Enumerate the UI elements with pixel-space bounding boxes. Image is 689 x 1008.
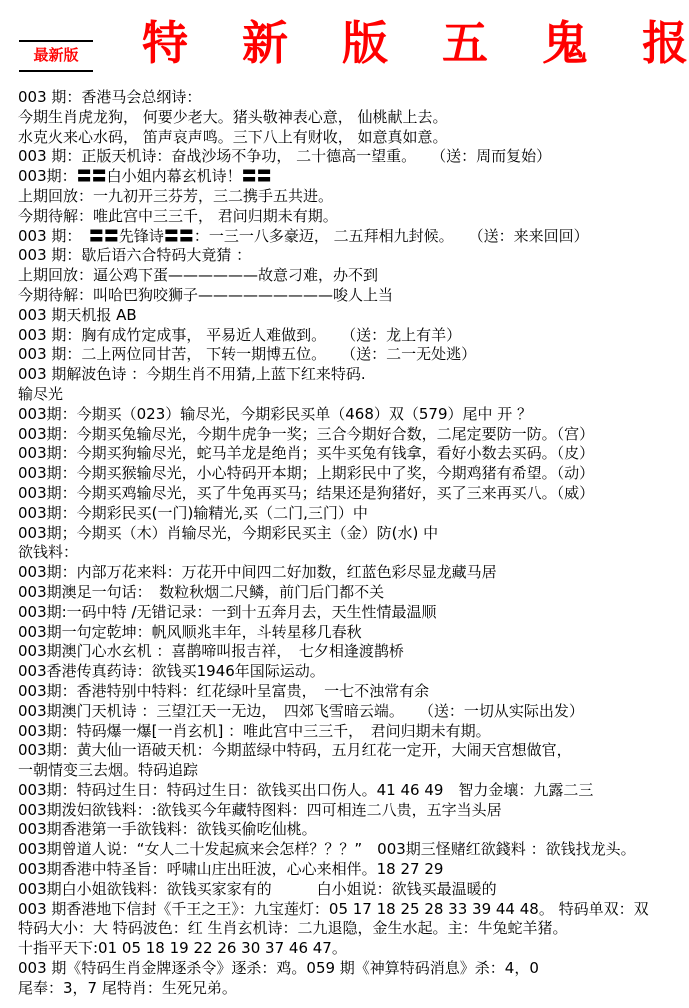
- report-line-huangdaxian-1: 003期：黄大仙一语破天机：今期蓝绿中特码，五月红花一定开，大闹天宫想做官，: [18, 741, 683, 761]
- report-line-outline-verse-1: 今期生肖虎龙狗， 何要少老大。猪头敬神表心意， 仙桃献上去。: [18, 108, 683, 128]
- report-line-shujinguang-2: 003期：今期买兔输尽光，今期牛虎争一奖；三合今期好合数，二尾定要防一防。（宫）: [18, 425, 683, 445]
- report-line-tema-bao-yibao: 003期：特码爆一爆[一肖玄机] ：唯此宫中三三千， 君问归期未有期。: [18, 722, 683, 742]
- report-line-shujinguang-5: 003期：今期买鸡输尽光，买了牛兔再买马；结果还是狗猪好，买了三来再买八。（威）: [18, 484, 683, 504]
- report-line-tianji-report-ab: 003 期天机报 AB: [18, 306, 683, 326]
- report-line-macau-tianji-poem: 003期澳门天机诗 ：三望江天一无边， 四郊飞雪暗云端。 （送：一切从实际出发）: [18, 702, 683, 722]
- page-title: 特 新 版 五 鬼 报: [142, 14, 689, 72]
- report-line-underground-envelope: 003 期香港地下信封《千王之王》：九宝莲灯：05 17 18 25 28 33…: [18, 900, 683, 920]
- report-line-shujinguang-4: 003期：今期买猴输尽光，小心特码开本期；上期彩民中了奖，今期鸡猪有希望。（动）: [18, 464, 683, 484]
- report-line-hk-fax-poem: 003香港传真药诗：欲钱买1946年国际运动。: [18, 662, 683, 682]
- report-line-pofu-yuqian: 003期泼妇欲钱料：:欲钱买今年藏特图料：四可相连二八贵，五字当头居: [18, 801, 683, 821]
- badge-bottom-rule: [19, 70, 93, 72]
- report-line-shujinguang-6: 003期：今期彩民买(一门)输精光,买（二门,三门）中: [18, 504, 683, 524]
- report-line-miss-bai-yuqian: 003期白小姐欲钱料：欲钱买家家有的 白小姐说：欲钱买最温暖的: [18, 880, 683, 900]
- report-line-riddle-last-issue: 上期回放：逼公鸡下蛋——————故意刁难，办不到: [18, 266, 683, 286]
- report-line-shujinguang-heading: 输尽光: [18, 385, 683, 405]
- five-ghosts-report-page: 最新版 特 新 版 五 鬼 报 003 期：香港马会总纲诗： 今期生肖虎龙狗， …: [0, 0, 689, 1008]
- report-line-genuine-tianji-poem: 003 期：正版天机诗：奋战沙场不争功， 二十德高一望重。 （送：周而复始）: [18, 147, 683, 167]
- report-line-riddle-heading: 003 期：歇后语六合特码大竟猜 ：: [18, 246, 683, 266]
- report-line-pioneer-poem: 003 期： 〓〓先锋诗〓〓：一三一八多豪迈， 二五拜相九封候。 （送：来来回回…: [18, 227, 683, 247]
- report-line-yiju-qiankun: 003期一句定乾坤：帆风顺兆丰年，斗转星移几春秋: [18, 623, 683, 643]
- report-line-hk-firsthand-yuqian: 003期香港第一手欲钱料：欲钱买偷吃仙桃。: [18, 820, 683, 840]
- report-line-shujinguang-3: 003期：今期买狗输尽光，蛇马羊龙是绝肖；买牛买兔有钱拿，看好小数去买码。（皮）: [18, 444, 683, 464]
- report-line-shujinguang-7: 003期；今期买（木）肖输尽光，今期彩民买主（金）防(水) 中: [18, 524, 683, 544]
- report-line-riddle-pending: 今期待解：叫哈巴狗咬狮子—————————唆人上当: [18, 286, 683, 306]
- report-line-tianji-ab-1: 003 期：胸有成竹定成事， 平易近人难做到。 （送：龙上有羊）: [18, 326, 683, 346]
- latest-edition-badge: 最新版: [18, 43, 94, 67]
- report-line-macau-xinshui: 003期澳门心水玄机 ：喜鹊啼叫报吉祥， 七夕相逢渡鹊桥: [18, 642, 683, 662]
- report-line-hk-special-tip: 003期：香港特别中特料：红花绿叶呈富贵， 一七不浊常有余: [18, 682, 683, 702]
- report-line-huangdaxian-2: 一朝情变三去烟。特码追踪: [18, 761, 683, 781]
- report-line-miss-bai-last-issue: 上期回放：一九初开三芬芳，三二携手五共进。: [18, 187, 683, 207]
- badge-top-rule: [19, 40, 93, 42]
- report-line-zengdaoren-says: 003期曾道人说：“女人二十发起疯来会怎样？？？” 003期三怪赌红欲錢料 ：欲…: [18, 840, 683, 860]
- report-line-hk-shengzhi: 003期香港中特圣旨：呼啸山庄出旺波，心心来相伴。18 27 29: [18, 860, 683, 880]
- report-line-gold-kill-order: 003 期《特码生肖金牌逐杀令》逐杀：鸡。059 期《神算特码消息》杀：4，0: [18, 959, 683, 979]
- report-line-tema-attributes: 特码大小：大 特码波色：红 生肖玄机诗：二九退隐，金生水起。主：牛兔蛇羊猪。: [18, 919, 683, 939]
- report-line-tianji-ab-2: 003 期：二上两位同甘苦， 下转一期博五位。 （送：二一无处逃）: [18, 345, 683, 365]
- report-line-shujinguang-1: 003期：今期买（023）输尽光，今期彩民买单（468）双（579）尾中 开 ？: [18, 405, 683, 425]
- report-line-miss-bai-heading: 003期：〓〓白小姐内幕玄机诗！〓〓: [18, 167, 683, 187]
- report-line-wave-color-poem: 003 期解波色诗 ：今期生肖不用猜,上蓝下红来特码.: [18, 365, 683, 385]
- report-line-tail-special-zodiac: 尾奉：3，7 尾特肖：生死兄弟。: [18, 979, 683, 999]
- report-line-aozu-sentence: 003期澳足一句话： 数粒秋烟二尺鳞，前门后门都不关: [18, 583, 683, 603]
- report-line-yuqianliao-heading: 欲钱料：: [18, 543, 683, 563]
- report-line-wanhua-tip: 003期：内部万花来料：万花开中间四二好加数，红蓝色彩尽显龙藏马居: [18, 563, 683, 583]
- report-line-one-code-record: 003期:一码中特 /无错记录：一到十五奔月去，天生性情最温顺: [18, 603, 683, 623]
- report-line-ten-fingers-numbers: 十指平天下:01 05 18 19 22 26 30 37 46 47。: [18, 939, 683, 959]
- report-line-tema-birthday: 003期：特码过生日：特码过生日：欲钱买出口伤人。41 46 49 智力金壤：九…: [18, 781, 683, 801]
- report-line-outline-verse-2: 水克火来心水码， 笛声哀声鸣。三下八上有财收， 如意真如意。: [18, 128, 683, 148]
- report-line-hk-outline-heading: 003 期：香港马会总纲诗：: [18, 88, 683, 108]
- report-line-miss-bai-pending: 今期待解：唯此宫中三三千， 君问归期未有期。: [18, 207, 683, 227]
- report-body: 003 期：香港马会总纲诗： 今期生肖虎龙狗， 何要少老大。猪头敬神表心意， 仙…: [18, 88, 683, 999]
